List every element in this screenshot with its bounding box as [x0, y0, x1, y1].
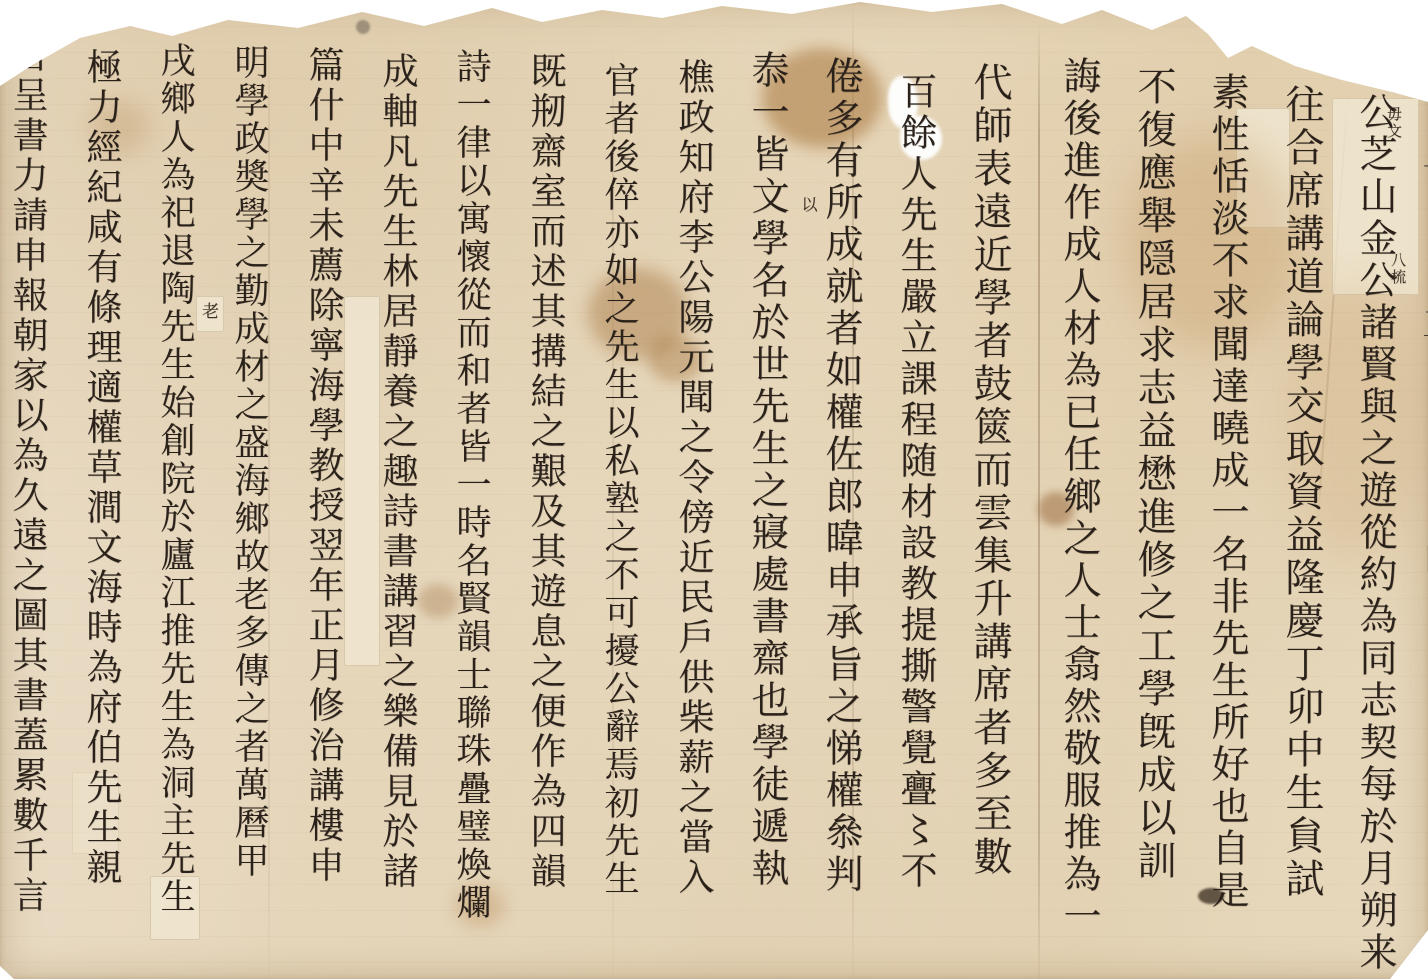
- text-column: 自呈書力請申報朝家以為久遠之圖其書蓋累數千言: [0, 0, 64, 979]
- paper-sheet: 公芝山金公諸賢與之遊從約為同志契每於月朔来 往合席講道論學交取資益隆慶丁卯中生貟…: [0, 0, 1428, 979]
- text-column: 往合席講道論學交取資益隆慶丁卯中生貟試: [1264, 0, 1338, 979]
- text-columns: 公芝山金公諸賢與之遊從約為同志契每於月朔来 往合席講道論學交取資益隆慶丁卯中生貟…: [0, 0, 1412, 979]
- text-column: 百餘人先生嚴立課程随材設教提撕警覺亹〻不: [878, 0, 952, 979]
- text-column: 官者後倅亦如之先生以私塾之不可擾公辭焉初先生: [582, 0, 656, 979]
- text-column: 代師表遠近學者鼓篋而雲集升講席者多至數: [952, 0, 1026, 979]
- clipped-column-fragments: 一乚三刂丨口: [1406, 150, 1428, 618]
- text-column: 既剏齋室而述其搆結之艱及其遊息之便作為四韻: [508, 0, 582, 979]
- interlinear-note: 以: [800, 196, 816, 214]
- text-column: 詩一律以寓懷從而和者皆一時名賢韻士聯珠疊璧煥爛: [434, 0, 508, 979]
- text-column: 素性恬淡不求聞達曉成一名非先生所好也自是: [1190, 0, 1264, 979]
- interlinear-note: 毋文: [1386, 106, 1402, 140]
- text-column: 戌鄉人為祀退陶先生始創院於廬江推先生為洞主先生: [138, 0, 212, 979]
- text-column: 篇什中辛未薦除寧海學教授翌年正月修治講樓申: [286, 0, 360, 979]
- text-column: 成軸凡先生林居靜養之趣詩書講習之樂備見於諸: [360, 0, 434, 979]
- manuscript-photo: 公芝山金公諸賢與之遊從約為同志契每於月朔来 往合席講道論學交取資益隆慶丁卯中生貟…: [0, 0, 1428, 979]
- text-column: 倦多有所成就者如權佐郎暐申承旨之悌權叅判: [804, 0, 878, 979]
- text-column: 㤗一皆文學名於世先生之寢處書齋也學徒遞執: [730, 0, 804, 979]
- interlinear-note: 老: [200, 302, 216, 321]
- text-column: 明學政奬學之勤成材之盛海鄉故老多傳之者萬曆甲: [212, 0, 286, 979]
- text-column: 公芝山金公諸賢與之遊從約為同志契每於月朔来: [1338, 0, 1412, 979]
- interlinear-note: 八梳: [1390, 252, 1406, 286]
- text-column: 誨後進作成人材為已任鄉之人士翕然敬服推為一: [1042, 0, 1116, 979]
- text-column: 不復應舉隠居求志益懋進修之工學旣成以訓: [1116, 0, 1190, 979]
- text-column: 極力經紀咸有條理適權草澗文海時為府伯先生親: [64, 0, 138, 979]
- text-column: 樵政知府李公陽元聞之令傍近民戶供柴薪之當入: [656, 0, 730, 979]
